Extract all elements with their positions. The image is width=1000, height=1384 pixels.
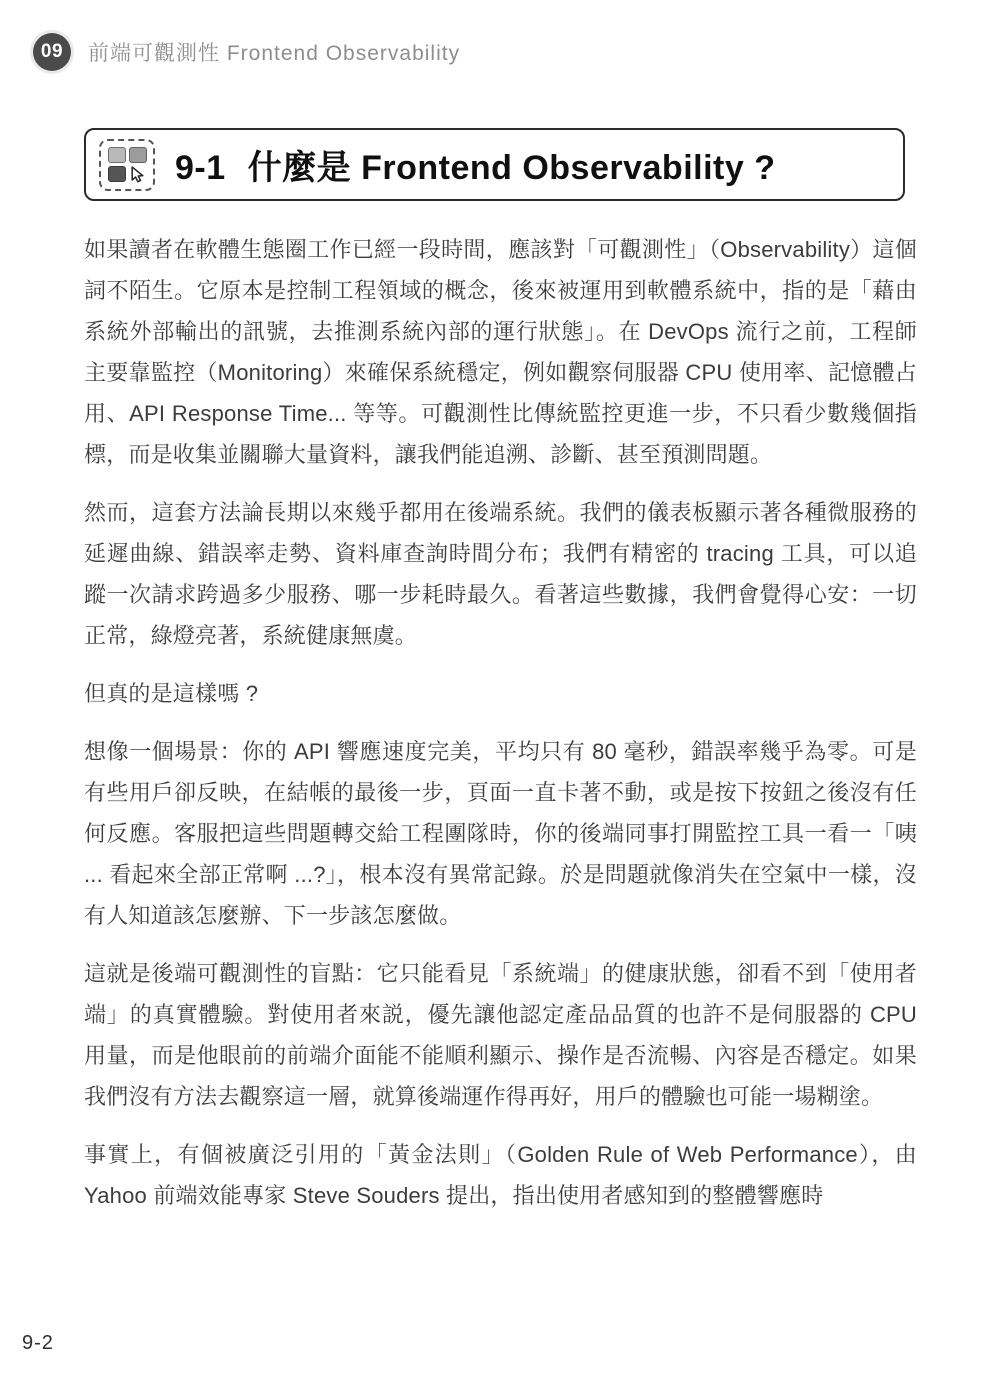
paragraph-4: 想像一個場景：你的 API 響應速度完美，平均只有 80 毫秒，錯誤率幾乎為零。…: [84, 731, 917, 936]
icon-square-bottom-left: [108, 166, 126, 182]
icon-square-top-right: [129, 147, 147, 163]
paragraph-3: 但真的是這樣嗎 ?: [84, 673, 917, 714]
page-header: 09 前端可觀測性 Frontend Observability: [33, 33, 460, 71]
paragraph-2: 然而，這套方法論長期以來幾乎都用在後端系統。我們的儀表板顯示著各種微服務的延遲曲…: [84, 492, 917, 656]
cursor-arrow-icon: [129, 166, 147, 182]
page-number: 9-2: [22, 1332, 54, 1355]
section-title: 9-1 什麼是 Frontend Observability ?: [175, 140, 775, 189]
paragraph-6: 事實上，有個被廣泛引用的「黃金法則」（Golden Rule of Web Pe…: [84, 1134, 917, 1216]
section-title-text: 什麼是 Frontend Observability ?: [248, 140, 776, 189]
section-heading-box: 9-1 什麼是 Frontend Observability ?: [84, 128, 905, 201]
body-text: 如果讀者在軟體生態圈工作已經一段時間，應該對「可觀測性」（Observabili…: [84, 229, 917, 1233]
chapter-number-badge: 09: [33, 33, 71, 71]
icon-square-top-left: [108, 147, 126, 163]
section-number: 9-1: [175, 149, 226, 188]
paragraph-1: 如果讀者在軟體生態圈工作已經一段時間，應該對「可觀測性」（Observabili…: [84, 229, 917, 475]
ui-blocks-cursor-icon: [99, 139, 155, 191]
chapter-title: 前端可觀測性 Frontend Observability: [88, 37, 460, 67]
paragraph-5: 這就是後端可觀測性的盲點：它只能看見「系統端」的健康狀態，卻看不到「使用者端」的…: [84, 953, 917, 1117]
